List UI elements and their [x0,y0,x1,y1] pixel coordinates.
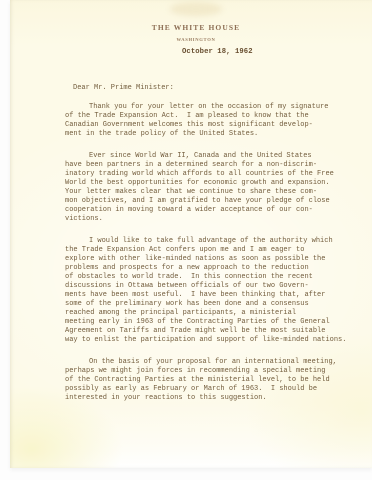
paragraph-3: I would like to take full advantage of t… [65,237,365,345]
letterhead-title: THE WHITE HOUSE [20,23,372,32]
scanned-letter-background: THE WHITE HOUSE WASHINGTON October 18, 1… [0,0,372,480]
embossed-seal-mark [170,2,222,16]
paragraph-2: Ever since World War II, Canada and the … [65,152,365,224]
letter-page: THE WHITE HOUSE WASHINGTON October 18, 1… [10,0,372,468]
letter-date: October 18, 1962 [182,48,253,56]
paragraph-4: On the basis of your proposal for an int… [65,358,365,403]
paragraph-1: Thank you for your letter on the occasio… [65,103,365,139]
letterhead-subtitle: WASHINGTON [20,37,372,42]
letter-body: Thank you for your letter on the occasio… [65,103,365,416]
salutation: Dear Mr. Prime Minister: [73,84,174,92]
